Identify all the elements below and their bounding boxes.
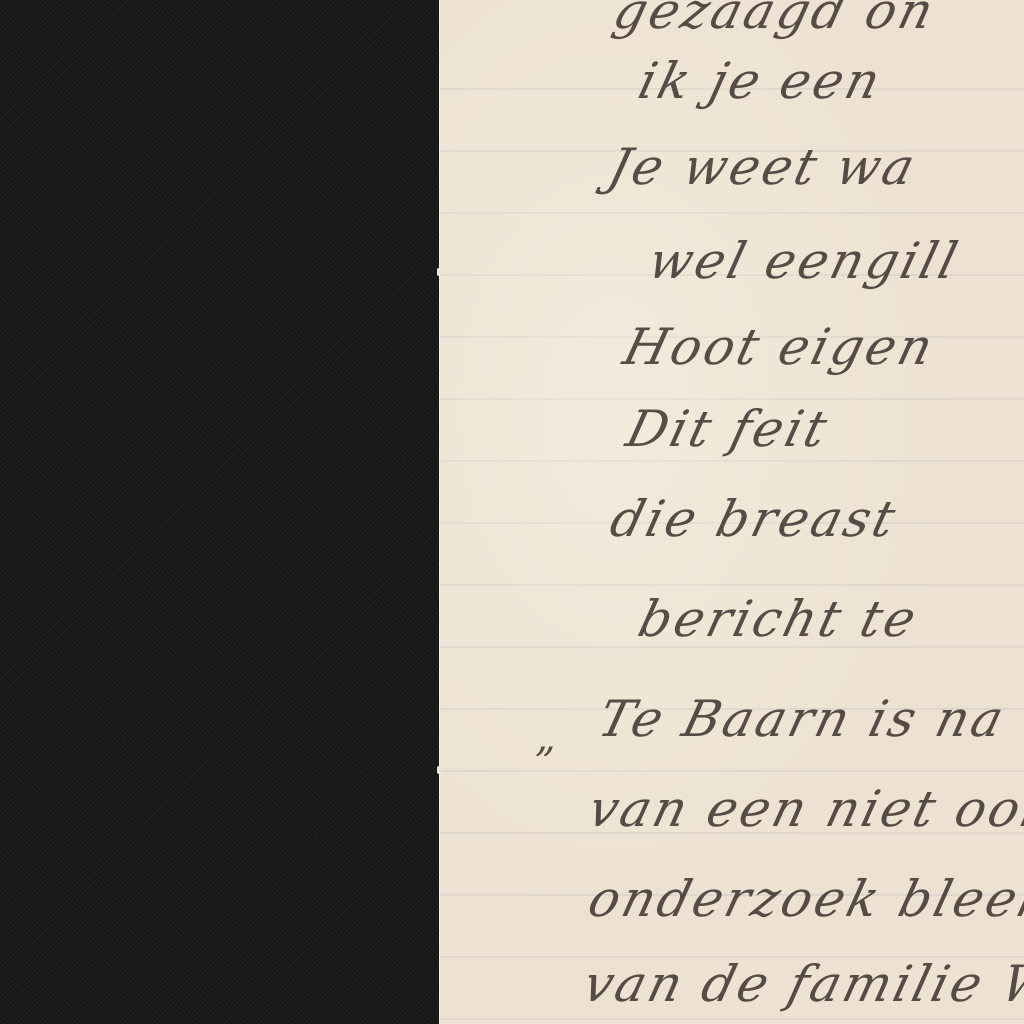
handwritten-line: van een niet ook	[583, 780, 1024, 838]
paper-edge-tear	[437, 766, 441, 774]
handwritten-line: onderzoek bleek	[583, 870, 1024, 928]
handwritten-line: Hoot eigen	[618, 318, 942, 376]
handwritten-line: bericht te	[633, 590, 925, 648]
handwritten-line: Je weet wa	[603, 138, 924, 196]
handwritten-line: gezaagd on	[608, 0, 942, 40]
opening-quote-mark: „	[535, 715, 556, 761]
handwritten-line: ik je een	[633, 52, 889, 110]
handwritten-line: Dit feit	[621, 400, 836, 458]
handwritten-line: van de familie W	[578, 955, 1024, 1013]
handwritten-line: die breast	[605, 490, 904, 548]
dark-backdrop	[0, 0, 440, 1024]
handwritten-line: wel eengill	[643, 232, 966, 290]
handwritten-line: Te Baarn is na	[593, 690, 1012, 748]
paper-edge-tear	[437, 268, 441, 276]
